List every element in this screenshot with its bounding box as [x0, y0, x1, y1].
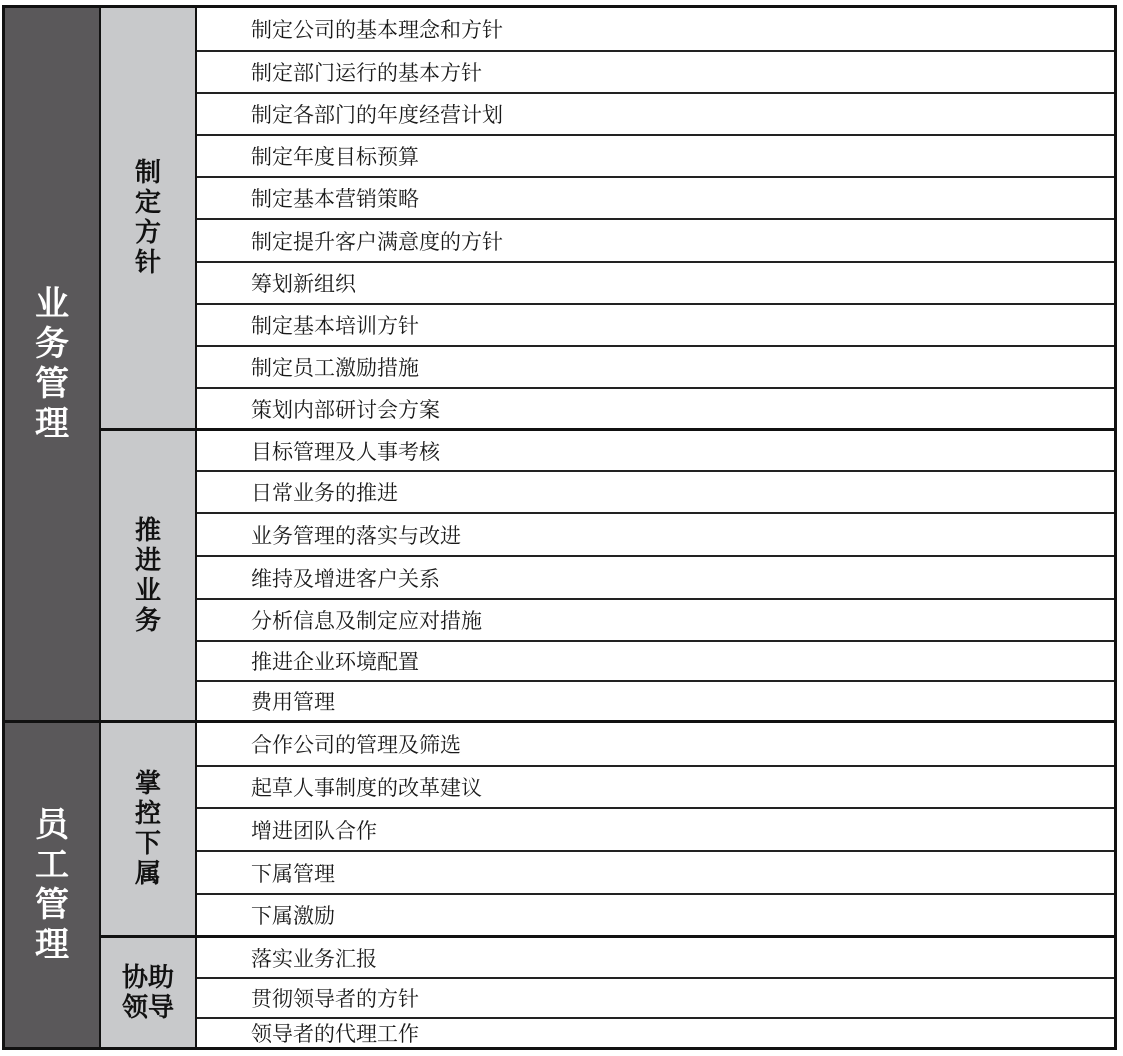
table-row: 制定各部门的年度经营计划 — [197, 92, 1114, 134]
row-text: 下属激励 — [251, 900, 335, 930]
table-row: 费用管理 — [197, 680, 1114, 720]
subgroup-cell: 制定方针 — [101, 8, 197, 428]
row-text: 制定提升客户满意度的方针 — [251, 226, 503, 256]
table-row: 制定基本营销策略 — [197, 176, 1114, 218]
row-text: 目标管理及人事考核 — [251, 436, 440, 466]
row-text: 合作公司的管理及筛选 — [251, 729, 461, 759]
subgroup-label: 制定方针 — [134, 158, 162, 278]
row-text: 下属管理 — [251, 858, 335, 888]
row-text: 贯彻领导者的方针 — [251, 983, 419, 1013]
table-row: 下属激励 — [197, 893, 1114, 935]
section-staff-management: 员工管理 掌控下属 协助领导 合作公司的管理及筛选 起草人事制度的改革建议 增进… — [5, 720, 1114, 1047]
row-text: 起草人事制度的改革建议 — [251, 772, 482, 802]
table-row: 制定年度目标预算 — [197, 134, 1114, 176]
table-row: 贯彻领导者的方针 — [197, 977, 1114, 1017]
row-text: 推进企业环境配置 — [251, 646, 419, 676]
row-text: 筹划新组织 — [251, 268, 356, 298]
table-row: 增进团队合作 — [197, 807, 1114, 850]
subgroup-cell: 掌控下属 — [101, 723, 197, 935]
table-row: 推进企业环境配置 — [197, 640, 1114, 680]
row-text: 制定各部门的年度经营计划 — [251, 99, 503, 129]
table-row: 维持及增进客户关系 — [197, 555, 1114, 598]
table-row: 合作公司的管理及筛选 — [197, 723, 1114, 765]
table-row: 筹划新组织 — [197, 261, 1114, 303]
table-row: 落实业务汇报 — [197, 935, 1114, 977]
category-label: 业务管理 — [32, 284, 72, 444]
row-text: 制定基本培训方针 — [251, 310, 419, 340]
subgroup-label: 推进业务 — [134, 516, 162, 636]
row-text: 业务管理的落实与改进 — [251, 520, 461, 550]
subgroup-cell: 协助领导 — [101, 935, 197, 1047]
table-row: 目标管理及人事考核 — [197, 428, 1114, 470]
table-row: 日常业务的推进 — [197, 470, 1114, 512]
row-text: 制定员工激励措施 — [251, 352, 419, 382]
row-text: 策划内部研讨会方案 — [251, 394, 440, 424]
row-text: 日常业务的推进 — [251, 477, 398, 507]
subgroup-label: 协助领导 — [120, 963, 176, 1023]
table-row: 制定部门运行的基本方针 — [197, 50, 1114, 92]
table-row: 领导者的代理工作 — [197, 1017, 1114, 1047]
row-text: 领导者的代理工作 — [251, 1018, 419, 1048]
row-text: 制定年度目标预算 — [251, 141, 419, 171]
row-text: 制定基本营销策略 — [251, 183, 419, 213]
row-text: 维持及增进客户关系 — [251, 563, 440, 593]
row-text: 分析信息及制定应对措施 — [251, 605, 482, 635]
section-business-management: 业务管理 制定方针 推进业务 制定公司的基本理念和方针 制定部门运行的基本方针 … — [5, 8, 1114, 720]
subgroup-label: 掌控下属 — [134, 769, 162, 889]
table-row: 制定员工激励措施 — [197, 345, 1114, 387]
table-row: 制定公司的基本理念和方针 — [197, 8, 1114, 50]
responsibility-table: 业务管理 制定方针 推进业务 制定公司的基本理念和方针 制定部门运行的基本方针 … — [2, 5, 1117, 1050]
row-text: 制定部门运行的基本方针 — [251, 57, 482, 87]
table-row: 分析信息及制定应对措施 — [197, 598, 1114, 640]
row-text: 费用管理 — [251, 686, 335, 716]
category-cell: 员工管理 — [5, 723, 101, 1047]
table-row: 制定基本培训方针 — [197, 303, 1114, 345]
table-row: 制定提升客户满意度的方针 — [197, 218, 1114, 261]
subgroup-cell: 推进业务 — [101, 428, 197, 720]
row-text: 增进团队合作 — [251, 815, 377, 845]
table-row: 业务管理的落实与改进 — [197, 512, 1114, 555]
table-row: 起草人事制度的改革建议 — [197, 765, 1114, 807]
table-row: 策划内部研讨会方案 — [197, 387, 1114, 428]
row-text: 落实业务汇报 — [251, 943, 377, 973]
category-label: 员工管理 — [32, 805, 72, 965]
table-row: 下属管理 — [197, 850, 1114, 893]
category-cell: 业务管理 — [5, 8, 101, 720]
row-text: 制定公司的基本理念和方针 — [251, 14, 503, 44]
